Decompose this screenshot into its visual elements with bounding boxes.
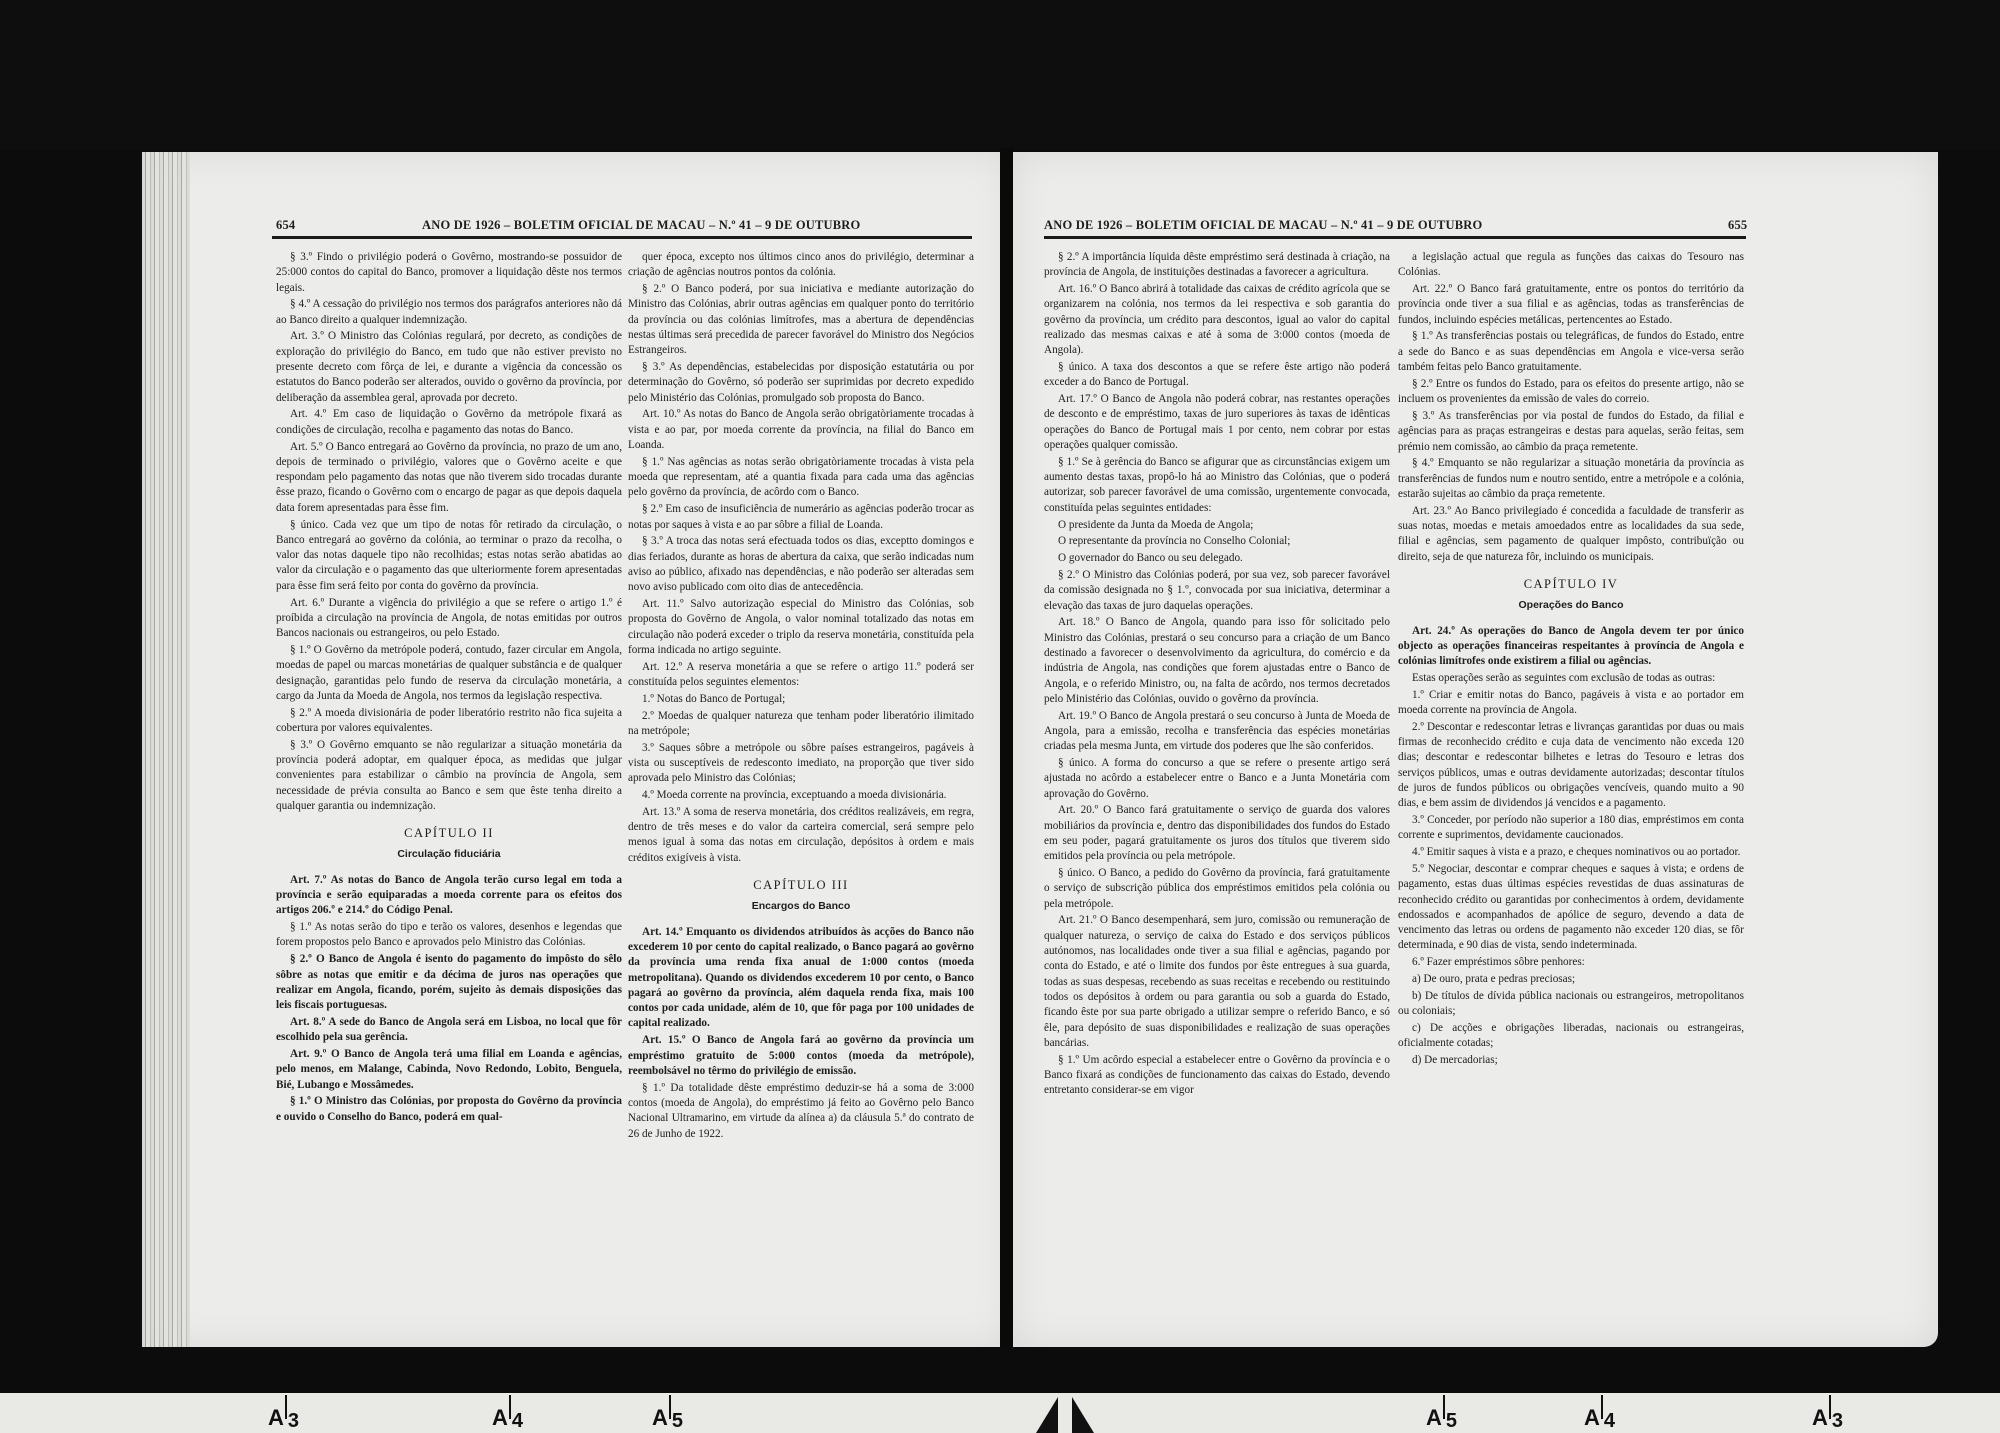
film-marker-left-1: A3 <box>268 1405 299 1431</box>
film-marker-right-2: A4 <box>1584 1405 1615 1431</box>
right-page-running-title: ANO DE 1926 – BOLETIM OFICIAL DE MACAU –… <box>1044 218 1482 233</box>
chapter-2-subtitle: Circulação fiduciária <box>276 847 622 862</box>
paragraph: Art. 16.º O Banco abrirá à totalidade da… <box>1044 282 1390 358</box>
paragraph: 1.º Notas do Banco de Portugal; <box>628 692 974 707</box>
paragraph: 6.º Fazer empréstimos sôbre penhores: <box>1398 955 1744 970</box>
film-border-top <box>0 0 2000 150</box>
paragraph: Art. 20.º O Banco fará gratuitamente o s… <box>1044 803 1390 864</box>
paragraph: a legislação actual que regula as funçõe… <box>1398 250 1744 281</box>
paragraph: § único. O Banco, a pedido do Govêrno da… <box>1044 866 1390 912</box>
left-header-rule <box>272 236 972 239</box>
paragraph: § 2.º A importância líquida dêste emprés… <box>1044 250 1390 281</box>
paragraph: Art. 3.º O Ministro das Colónias regular… <box>276 329 622 405</box>
paragraph: § 3.º As dependências, estabelecidas por… <box>628 360 974 406</box>
paragraph: Art. 4.º Em caso de liquidação o Govêrno… <box>276 407 622 438</box>
paragraph: c) De acções e obrigações liberadas, nac… <box>1398 1021 1744 1052</box>
paragraph: § 2.º O Banco poderá, por sua iniciativa… <box>628 282 974 358</box>
paragraph: § 2.º Em caso de insuficiência de numerá… <box>628 502 974 533</box>
paragraph: § 1.º O Govêrno da metrópole poderá, con… <box>276 643 622 704</box>
paragraph: § 2.º O Banco de Angola é isento do paga… <box>276 952 622 1013</box>
paragraph: § único. A forma do concurso a que se re… <box>1044 756 1390 802</box>
paragraph: Art. 12.º A reserva monetária a que se r… <box>628 660 974 691</box>
paragraph: 5.º Negociar, descontar e comprar cheque… <box>1398 862 1744 954</box>
film-marker-left-2: A4 <box>492 1405 523 1431</box>
paragraph: § 1.º Da totalidade dêste empréstimo ded… <box>628 1081 974 1142</box>
right-page-column-2: a legislação actual que regula as funçõe… <box>1398 250 1744 1070</box>
paragraph: Art. 10.º As notas do Banco de Angola se… <box>628 407 974 453</box>
paragraph: Estas operações serão as seguintes com e… <box>1398 671 1744 686</box>
paragraph: § 2.º O Ministro das Colónias poderá, po… <box>1044 568 1390 614</box>
chapter-4-title: CAPÍTULO IV <box>1398 577 1744 592</box>
left-page-column-1: § 3.º Findo o privilégio poderá o Govêrn… <box>276 250 622 1127</box>
paragraph: 3.º Conceder, por período não superior a… <box>1398 813 1744 844</box>
paragraph: O governador do Banco ou seu delegado. <box>1044 551 1390 566</box>
paragraph: § 1.º As notas serão do tipo e terão os … <box>276 920 622 951</box>
paragraph: § 2.º Entre os fundos do Estado, para os… <box>1398 377 1744 408</box>
paragraph: Art. 8.º A sede do Banco de Angola será … <box>276 1015 622 1046</box>
paragraph: § 1.º Um acôrdo especial a estabelecer e… <box>1044 1053 1390 1099</box>
chapter-3-subtitle: Encargos do Banco <box>628 899 974 914</box>
right-page-column-1: § 2.º A importância líquida dêste emprés… <box>1044 250 1390 1100</box>
paragraph: § 1.º Nas agências as notas serão obriga… <box>628 455 974 501</box>
paragraph: § 3.º Findo o privilégio poderá o Govêrn… <box>276 250 622 296</box>
chapter-4-subtitle: Operações do Banco <box>1398 598 1744 613</box>
paragraph: O representante da província no Conselho… <box>1044 534 1390 549</box>
paragraph: Art. 6.º Durante a vigência do privilégi… <box>276 596 622 642</box>
chapter-3-title: CAPÍTULO III <box>628 878 974 893</box>
left-page-number: 654 <box>276 218 295 233</box>
film-marker-right-1: A5 <box>1426 1405 1457 1431</box>
paragraph: 4.º Moeda corrente na província, exceptu… <box>628 788 974 803</box>
paragraph: 4.º Emitir saques à vista e a prazo, e c… <box>1398 845 1744 860</box>
paragraph: § 4.º Emquanto se não regularizar a situ… <box>1398 456 1744 502</box>
right-page-header: ANO DE 1926 – BOLETIM OFICIAL DE MACAU –… <box>1044 218 1744 238</box>
page-binding-edge <box>142 152 190 1347</box>
right-header-rule <box>1044 236 1746 239</box>
paragraph: Art. 5.º O Banco entregará ao Govêrno da… <box>276 440 622 516</box>
paragraph: 2.º Moedas de qualquer natureza que tenh… <box>628 709 974 740</box>
paragraph: Art. 22.º O Banco fará gratuitamente, en… <box>1398 282 1744 328</box>
paragraph: Art. 7.º As notas do Banco de Angola ter… <box>276 873 622 919</box>
paragraph: Art. 18.º O Banco de Angola, quando para… <box>1044 615 1390 707</box>
paragraph: Art. 11.º Salvo autorização especial do … <box>628 597 974 658</box>
paragraph: § 4.º A cessação do privilégio nos termo… <box>276 297 622 328</box>
paragraph: d) De mercadorias; <box>1398 1053 1744 1068</box>
page-gutter <box>1000 148 1014 1348</box>
left-page-column-2: quer época, excepto nos últimos cinco an… <box>628 250 974 1143</box>
paragraph: O presidente da Junta da Moeda de Angola… <box>1044 518 1390 533</box>
paragraph: Art. 17.º O Banco de Angola não poderá c… <box>1044 392 1390 453</box>
paragraph: a) De ouro, prata e pedras preciosas; <box>1398 972 1744 987</box>
paragraph: § 3.º A troca das notas será efectuada t… <box>628 534 974 595</box>
paragraph: § 1.º O Ministro das Colónias, por propo… <box>276 1094 622 1125</box>
chapter-2-title: CAPÍTULO II <box>276 826 622 841</box>
paragraph: § 3.º As transferências por via postal d… <box>1398 409 1744 455</box>
film-edge-strip <box>0 1393 2000 1433</box>
paragraph: § 1.º Se à gerência do Banco se afigurar… <box>1044 455 1390 516</box>
paragraph: § único. A taxa dos descontos a que se r… <box>1044 360 1390 391</box>
paragraph: Art. 23.º Ao Banco privilegiado é conced… <box>1398 504 1744 565</box>
paragraph: quer época, excepto nos últimos cinco an… <box>628 250 974 281</box>
paragraph: 1.º Criar e emitir notas do Banco, pagáv… <box>1398 688 1744 719</box>
left-page-header: 654 ANO DE 1926 – BOLETIM OFICIAL DE MAC… <box>276 218 976 238</box>
paragraph: § único. Cada vez que um tipo de notas f… <box>276 518 622 594</box>
paragraph: b) De títulos de dívida pública nacionai… <box>1398 989 1744 1020</box>
paragraph: 3.º Saques sôbre a metrópole ou sôbre pa… <box>628 741 974 787</box>
right-page-number: 655 <box>1728 218 1747 233</box>
paragraph: Art. 15.º O Banco de Angola fará ao govê… <box>628 1033 974 1079</box>
paragraph: Art. 13.º A soma de reserva monetária, d… <box>628 805 974 866</box>
paragraph: Art. 24.º As operações do Banco de Angol… <box>1398 624 1744 670</box>
paragraph: § 2.º A moeda divisionária de poder libe… <box>276 706 622 737</box>
paragraph: § 1.º As transferências postais ou teleg… <box>1398 329 1744 375</box>
film-marker-left-3: A5 <box>652 1405 683 1431</box>
paragraph: Art. 19.º O Banco de Angola prestará o s… <box>1044 709 1390 755</box>
paragraph: Art. 14.º Emquanto os dividendos atribuí… <box>628 925 974 1032</box>
paragraph: Art. 9.º O Banco de Angola terá uma fili… <box>276 1047 622 1093</box>
left-page-running-title: ANO DE 1926 – BOLETIM OFICIAL DE MACAU –… <box>422 218 860 233</box>
film-marker-right-3: A3 <box>1812 1405 1843 1431</box>
paragraph: 2.º Descontar e redescontar letras e liv… <box>1398 720 1744 812</box>
paragraph: § 3.º O Govêrno emquanto se não regulari… <box>276 738 622 814</box>
paragraph: Art. 21.º O Banco desempenhará, sem juro… <box>1044 913 1390 1051</box>
